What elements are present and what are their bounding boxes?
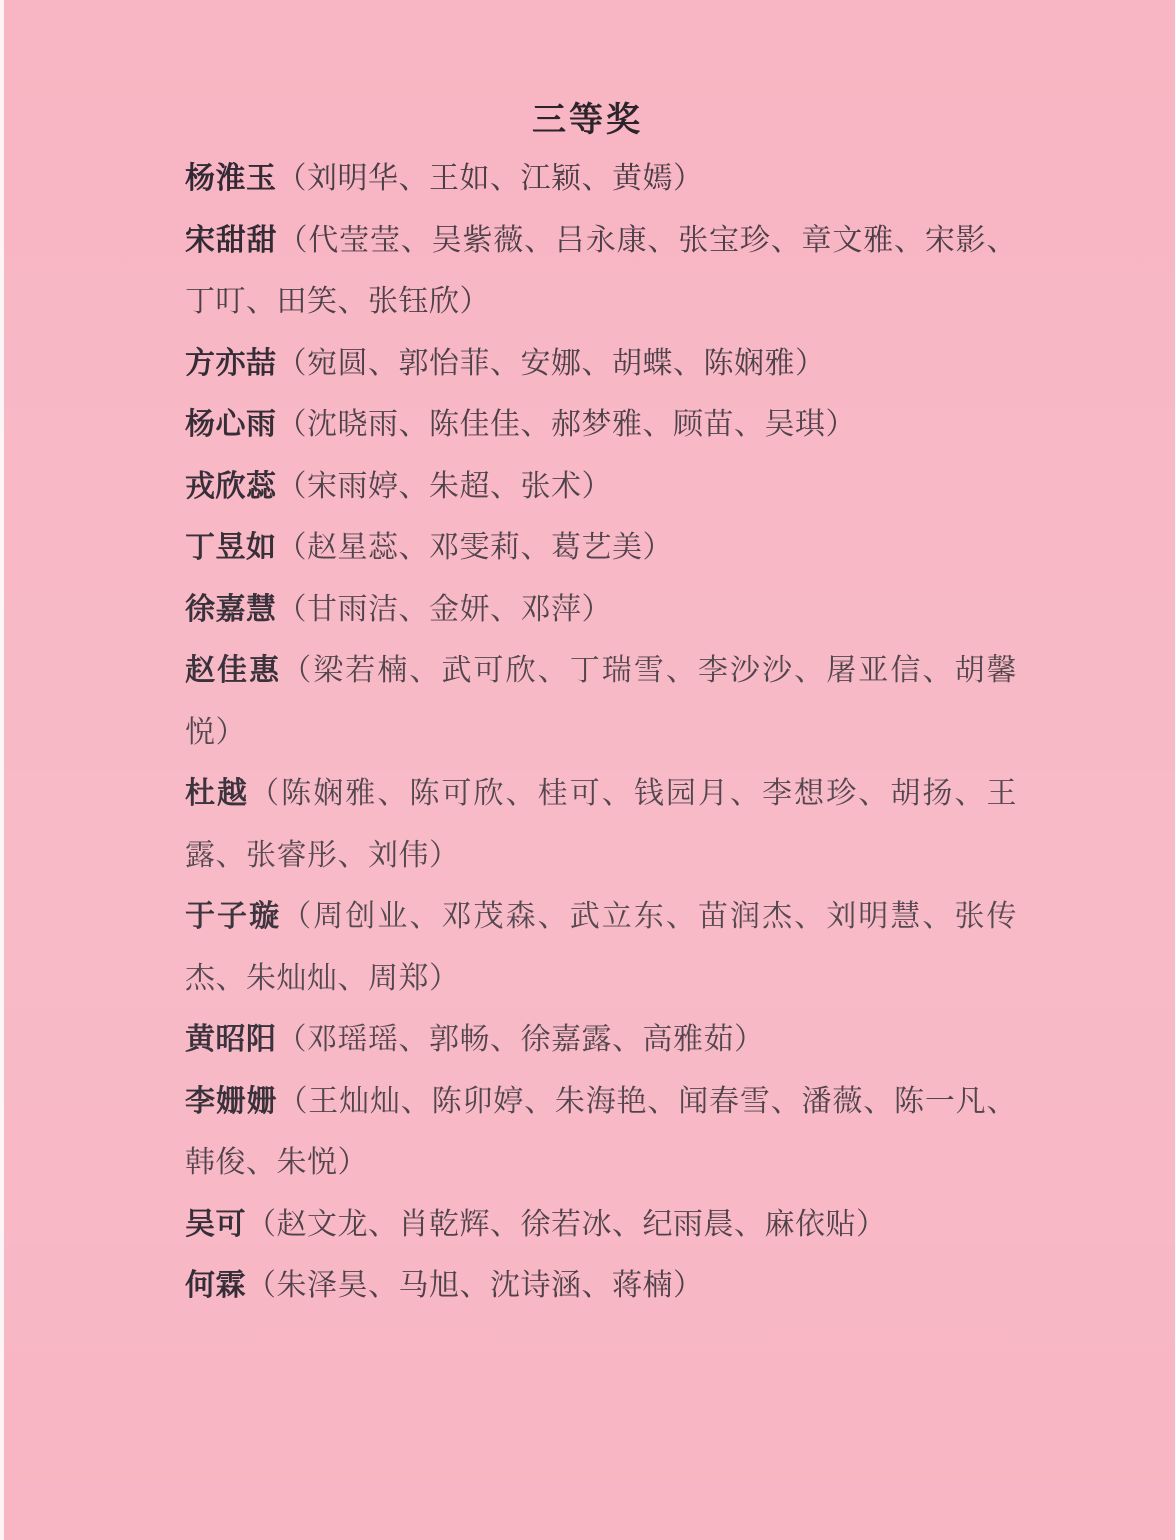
member-names: （邓瑶瑶、郭畅、徐嘉露、高雅茹） xyxy=(277,1022,765,1057)
award-entry-continuation-line: 悦） xyxy=(185,702,1017,764)
award-entry-line: 吴可（赵文龙、肖乾辉、徐若冰、纪雨晨、麻依贴） xyxy=(185,1194,1017,1256)
award-entry-line: 杨淮玉（刘明华、王如、江颖、黄嫣） xyxy=(185,148,1017,210)
member-names: （宋雨婷、朱超、张术） xyxy=(277,469,613,504)
leader-name: 徐嘉慧 xyxy=(185,592,277,627)
leader-name: 吴可 xyxy=(185,1207,246,1242)
award-entry-line: 杜越（陈娴雅、陈可欣、桂可、钱园月、李想珍、胡扬、王 xyxy=(185,763,1017,825)
member-names: （赵文龙、肖乾辉、徐若冰、纪雨晨、麻依贴） xyxy=(246,1207,887,1242)
leader-name: 于子璇 xyxy=(185,899,281,934)
page-title: 三等奖 xyxy=(0,92,1175,141)
member-names: 露、张睿彤、刘伟） xyxy=(185,838,460,873)
member-names: 杰、朱灿灿、周郑） xyxy=(185,961,460,996)
award-entry-continuation-line: 杰、朱灿灿、周郑） xyxy=(185,948,1017,1010)
member-names: 韩俊、朱悦） xyxy=(185,1145,368,1180)
member-names: （陈娴雅、陈可欣、桂可、钱园月、李想珍、胡扬、王 xyxy=(249,776,1017,811)
award-entry-line: 李姗姗（王灿灿、陈卯婷、朱海艳、闻春雪、潘薇、陈一凡、 xyxy=(185,1071,1017,1133)
member-names: （赵星蕊、邓雯莉、葛艺美） xyxy=(277,530,674,565)
award-entry-line: 赵佳惠（梁若楠、武可欣、丁瑞雪、李沙沙、屠亚信、胡馨 xyxy=(185,640,1017,702)
leader-name: 方亦喆 xyxy=(185,346,277,381)
award-entry-line: 丁昱如（赵星蕊、邓雯莉、葛艺美） xyxy=(185,517,1017,579)
award-entry-line: 黄昭阳（邓瑶瑶、郭畅、徐嘉露、高雅茹） xyxy=(185,1009,1017,1071)
scanned-award-document-page: 三等奖 杨淮玉（刘明华、王如、江颖、黄嫣） 宋甜甜（代莹莹、吴紫薇、吕永康、张宝… xyxy=(0,0,1175,1540)
member-names: （周创业、邓茂森、武立东、苗润杰、刘明慧、张传 xyxy=(281,899,1017,934)
member-names: （沈晓雨、陈佳佳、郝梦雅、顾苗、吴琪） xyxy=(277,407,857,442)
member-names: （代莹莹、吴紫薇、吕永康、张宝珍、章文雅、宋影、 xyxy=(277,223,1017,258)
leader-name: 丁昱如 xyxy=(185,530,277,565)
member-names: （王灿灿、陈卯婷、朱海艳、闻春雪、潘薇、陈一凡、 xyxy=(277,1084,1017,1119)
leader-name: 杨淮玉 xyxy=(185,161,277,196)
award-entry-line: 宋甜甜（代莹莹、吴紫薇、吕永康、张宝珍、章文雅、宋影、 xyxy=(185,210,1017,272)
member-names: 丁叮、田笑、张钰欣） xyxy=(185,284,490,319)
award-entry-continuation-line: 露、张睿彤、刘伟） xyxy=(185,825,1017,887)
award-entry-continuation-line: 丁叮、田笑、张钰欣） xyxy=(185,271,1017,333)
leader-name: 杨心雨 xyxy=(185,407,277,442)
award-entry-line: 戎欣蕊（宋雨婷、朱超、张术） xyxy=(185,456,1017,518)
award-entry-line: 何霖（朱泽昊、马旭、沈诗涵、蒋楠） xyxy=(185,1255,1017,1317)
member-names: （刘明华、王如、江颖、黄嫣） xyxy=(277,161,704,196)
leader-name: 何霖 xyxy=(185,1268,246,1303)
leader-name: 赵佳惠 xyxy=(185,653,281,688)
member-names: （梁若楠、武可欣、丁瑞雪、李沙沙、屠亚信、胡馨 xyxy=(281,653,1017,688)
award-entry-line: 于子璇（周创业、邓茂森、武立东、苗润杰、刘明慧、张传 xyxy=(185,886,1017,948)
scan-edge-artifact xyxy=(0,0,4,1540)
leader-name: 杜越 xyxy=(185,776,249,811)
member-names: （朱泽昊、马旭、沈诗涵、蒋楠） xyxy=(246,1268,704,1303)
leader-name: 宋甜甜 xyxy=(185,223,277,258)
award-entry-continuation-line: 韩俊、朱悦） xyxy=(185,1132,1017,1194)
award-entries-list: 杨淮玉（刘明华、王如、江颖、黄嫣） 宋甜甜（代莹莹、吴紫薇、吕永康、张宝珍、章文… xyxy=(185,148,1017,1317)
member-names: （甘雨洁、金妍、邓萍） xyxy=(277,592,613,627)
member-names: 悦） xyxy=(185,715,246,750)
award-entry-line: 方亦喆（宛圆、郭怡菲、安娜、胡蝶、陈娴雅） xyxy=(185,333,1017,395)
leader-name: 戎欣蕊 xyxy=(185,469,277,504)
award-entry-line: 徐嘉慧（甘雨洁、金妍、邓萍） xyxy=(185,579,1017,641)
award-entry-line: 杨心雨（沈晓雨、陈佳佳、郝梦雅、顾苗、吴琪） xyxy=(185,394,1017,456)
member-names: （宛圆、郭怡菲、安娜、胡蝶、陈娴雅） xyxy=(277,346,826,381)
leader-name: 李姗姗 xyxy=(185,1084,277,1119)
leader-name: 黄昭阳 xyxy=(185,1022,277,1057)
